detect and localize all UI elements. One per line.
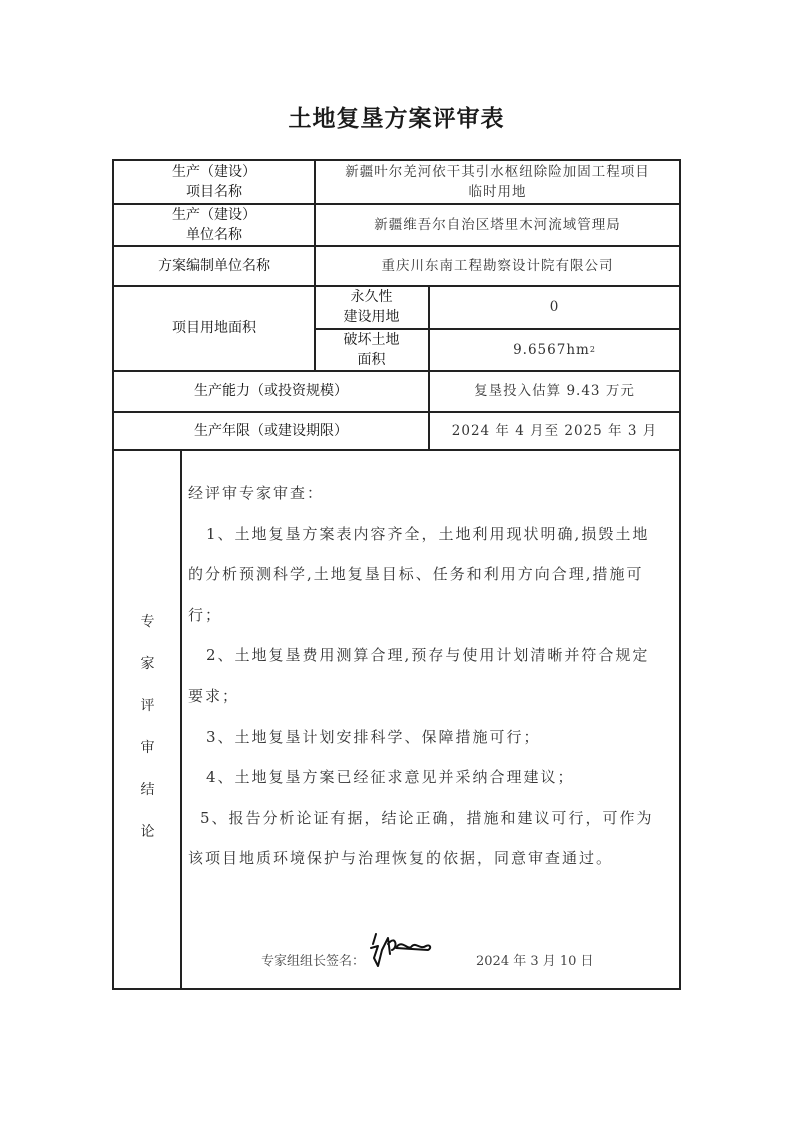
row-divider (114, 449, 680, 451)
permanent-land-label: 永久性 建设用地 (315, 286, 428, 328)
conclusion-item: 5、报告分析论证有据，结论正确，措施和建议可行，可作为该项目地质环境保护与治理恢… (188, 798, 658, 879)
period-value: 2024 年 4 月至 2025 年 3 月 (429, 412, 680, 449)
capacity-label: 生产能力（或投资规模） (114, 371, 428, 411)
document-title: 土地复垦方案评审表 (0, 100, 793, 133)
signature-mark (368, 928, 438, 974)
conclusion-side-label: 专 家 评 审 结 论 (114, 611, 181, 863)
project-name-label: 生产（建设） 项目名称 (114, 161, 314, 203)
conclusion-item: 4、土地复垦方案已经征求意见并采纳合理建议； (188, 757, 658, 798)
signature-label: 专家组组长签名： (261, 950, 365, 969)
unit-name-value: 新疆维吾尔自治区塔里木河流域管理局 (315, 204, 680, 245)
capacity-value: 复垦投入估算 9.43 万元 (429, 371, 680, 411)
project-name-value: 新疆叶尔羌河依干其引水枢纽除险加固工程项目 临时用地 (315, 161, 680, 203)
signature-date: 2024 年 3 月 10 日 (476, 950, 594, 969)
conclusion-intro: 经评审专家审查： (188, 473, 658, 514)
conclusion-item: 3、土地复垦计划安排科学、保障措施可行； (188, 717, 658, 758)
unit-name-label: 生产（建设） 单位名称 (114, 204, 314, 245)
compiler-label: 方案编制单位名称 (114, 246, 314, 285)
damaged-land-value: 9.6567hm2 (429, 329, 680, 370)
land-area-label: 项目用地面积 (114, 286, 314, 370)
compiler-value: 重庆川东南工程勘察设计院有限公司 (315, 246, 680, 285)
permanent-land-value: 0 (429, 286, 680, 328)
period-label: 生产年限（或建设期限） (114, 412, 428, 449)
conclusion-item: 2、土地复垦费用测算合理,预存与使用计划清晰并符合规定要求； (188, 635, 658, 716)
conclusion-item: 1、土地复垦方案表内容齐全，土地利用现状明确,损毁土地的分析预测科学,土地复垦目… (188, 514, 658, 636)
damaged-land-label: 破坏土地 面积 (315, 329, 428, 370)
conclusion-text: 经评审专家审查： 1、土地复垦方案表内容齐全，土地利用现状明确,损毁土地的分析预… (188, 473, 658, 879)
